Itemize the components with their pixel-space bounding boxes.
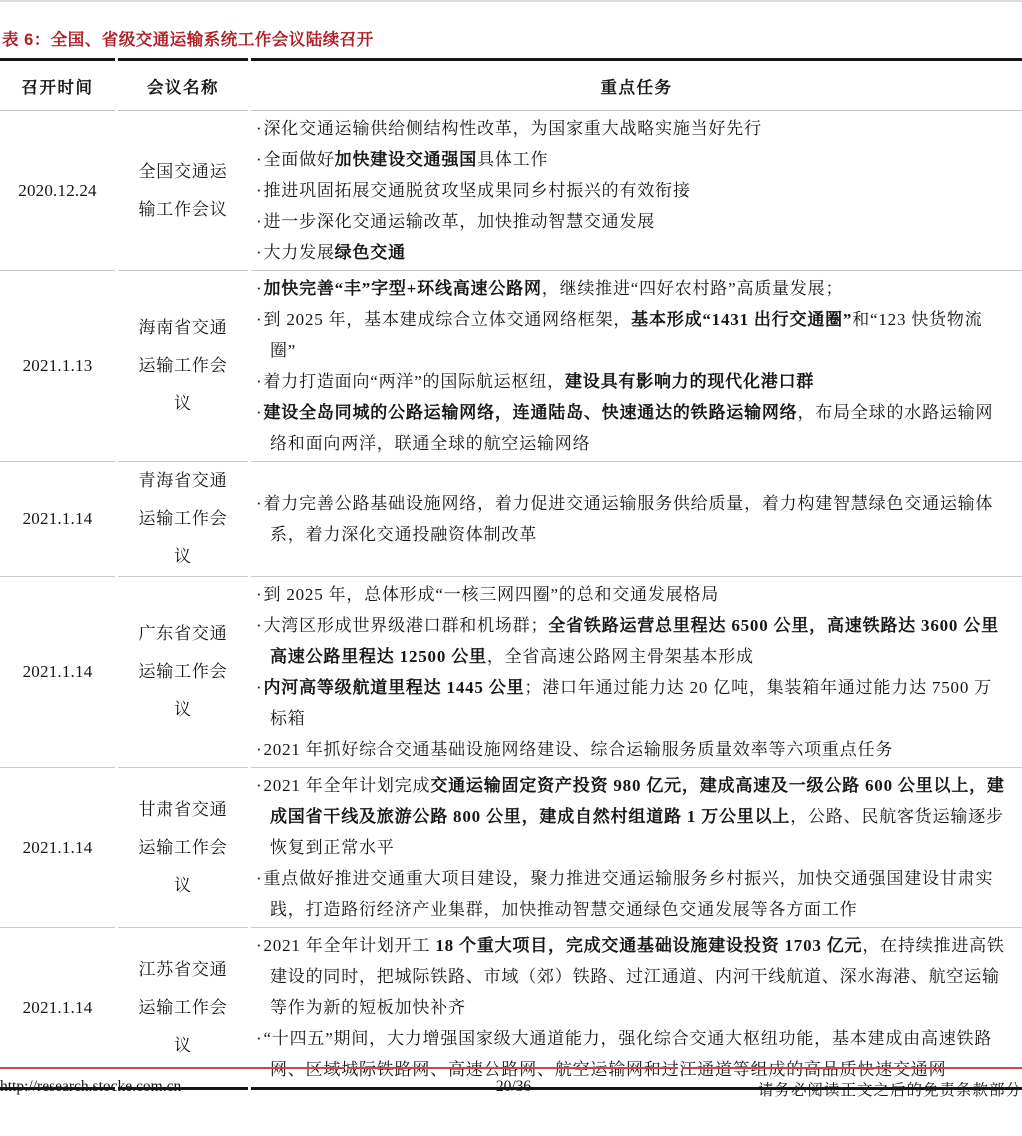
bullet-dot: ·: [256, 119, 262, 138]
table-row: 2020.12.24 全国交通运输工作会议 ·深化交通运输供给侧结构性改革，为国…: [0, 111, 1022, 271]
bullet-dot: ·: [256, 740, 262, 759]
task-item: ·内河高等级航道里程达 1445 公里；港口年通过能力达 20 亿吨，集装箱年通…: [256, 672, 1008, 734]
bullet-dot: ·: [256, 776, 262, 795]
conference-name: 江苏省交通运输工作会议: [138, 951, 228, 1065]
column-header-date: 召开时间: [0, 58, 115, 111]
task-text: ，继续推进“四好农村路”高质量发展；: [542, 279, 844, 298]
bullet-dot: ·: [256, 616, 262, 635]
bullet-dot: ·: [256, 212, 262, 231]
conference-cell: 甘肃省交通运输工作会议: [118, 768, 248, 928]
task-text-bold: 建设全岛同城的公路运输网络，连通陆岛、快速通达的铁路运输网络: [263, 403, 797, 422]
conference-cell: 广东省交通运输工作会议: [118, 577, 248, 768]
bullet-dot: ·: [256, 869, 262, 888]
meeting-date: 2021.1.14: [23, 509, 93, 529]
meeting-date: 2020.12.24: [18, 181, 97, 201]
conference-cell: 青海省交通运输工作会议: [118, 462, 248, 577]
task-item: ·着力完善公路基础设施网络，着力促进交通运输服务供给质量，着力构建智慧绿色交通运…: [256, 488, 1008, 550]
bullet-dot: ·: [256, 403, 262, 422]
date-cell: 2021.1.14: [0, 577, 115, 768]
task-text: 2021 年抓好综合交通基础设施网络建设、综合运输服务质量效率等六项重点任务: [263, 740, 893, 759]
task-item: ·到 2025 年，基本建成综合立体交通网络框架，基本形成“1431 出行交通圈…: [256, 304, 1008, 366]
task-text-bold: 内河高等级航道里程达 1445 公里: [263, 678, 524, 697]
tasks-cell: ·深化交通运输供给侧结构性改革，为国家重大战略实施当好先行·全面做好加快建设交通…: [251, 111, 1022, 271]
bullet-dot: ·: [256, 181, 262, 200]
conference-cell: 全国交通运输工作会议: [118, 111, 248, 271]
date-cell: 2021.1.13: [0, 271, 115, 462]
task-text: 深化交通运输供给侧结构性改革，为国家重大战略实施当好先行: [263, 119, 761, 138]
task-text: 2021 年全年计划完成: [263, 776, 430, 795]
task-text: ，全省高速公路网主骨架基本形成: [487, 647, 754, 666]
task-text-bold: 18 个重大项目，完成交通基础设施建设投资 1703 亿元: [435, 936, 862, 955]
task-item: ·到 2025 年，总体形成“一核三网四圈”的总和交通发展格局: [256, 579, 1008, 610]
bullet-dot: ·: [256, 936, 262, 955]
bullet-dot: ·: [256, 1029, 262, 1048]
column-header-conference: 会议名称: [118, 58, 248, 111]
task-item: ·着力打造面向“两洋”的国际航运枢纽，建设具有影响力的现代化港口群: [256, 366, 1008, 397]
meeting-date: 2021.1.14: [23, 998, 93, 1018]
bullet-dot: ·: [256, 150, 262, 169]
meeting-date: 2021.1.14: [23, 838, 93, 858]
conference-name: 海南省交通运输工作会议: [138, 309, 228, 423]
bullet-dot: ·: [256, 279, 262, 298]
date-cell: 2021.1.14: [0, 462, 115, 577]
tasks-cell: ·着力完善公路基础设施网络，着力促进交通运输服务供给质量，着力构建智慧绿色交通运…: [251, 462, 1022, 577]
tasks-cell: ·加快完善“丰”字型+环线高速公路网，继续推进“四好农村路”高质量发展；·到 2…: [251, 271, 1022, 462]
task-item: ·进一步深化交通运输改革，加快推动智慧交通发展: [256, 206, 1008, 237]
tasks-cell: ·到 2025 年，总体形成“一核三网四圈”的总和交通发展格局·大湾区形成世界级…: [251, 577, 1022, 768]
bullet-dot: ·: [256, 372, 262, 391]
task-text-bold: 建设具有影响力的现代化港口群: [565, 372, 814, 391]
conference-cell: 江苏省交通运输工作会议: [118, 928, 248, 1090]
page-footer: http://research.stocke.com.cn 20/36 请务必阅…: [0, 1067, 1022, 1100]
task-item: ·2021 年抓好综合交通基础设施网络建设、综合运输服务质量效率等六项重点任务: [256, 734, 1008, 765]
conference-name: 全国交通运输工作会议: [138, 153, 228, 229]
table-row: 2021.1.14 青海省交通运输工作会议 ·着力完善公路基础设施网络，着力促进…: [0, 462, 1022, 577]
date-cell: 2021.1.14: [0, 928, 115, 1090]
tasks-cell: ·2021 年全年计划开工 18 个重大项目，完成交通基础设施建设投资 1703…: [251, 928, 1022, 1090]
footer-url[interactable]: http://research.stocke.com.cn: [0, 1078, 181, 1095]
task-text: 2021 年全年计划开工: [263, 936, 435, 955]
bullet-dot: ·: [256, 585, 262, 604]
conference-name: 广东省交通运输工作会议: [138, 615, 228, 729]
task-text-bold: 加快完善“丰”字型+环线高速公路网: [263, 279, 541, 298]
task-item: ·推进巩固拓展交通脱贫攻坚成果同乡村振兴的有效衔接: [256, 175, 1008, 206]
bullet-dot: ·: [256, 494, 262, 513]
task-text: 重点做好推进交通重大项目建设，聚力推进交通运输服务乡村振兴，加快交通强国建设甘肃…: [263, 869, 993, 919]
bullet-dot: ·: [256, 678, 262, 697]
date-cell: 2021.1.14: [0, 768, 115, 928]
task-text: 到 2025 年，基本建成综合立体交通网络框架，: [263, 310, 631, 329]
task-item: ·大力发展绿色交通: [256, 237, 1008, 268]
task-item: ·2021 年全年计划完成交通运输固定资产投资 980 亿元，建成高速及一级公路…: [256, 770, 1008, 863]
task-text: 进一步深化交通运输改革，加快推动智慧交通发展: [263, 212, 655, 231]
task-text-bold: 绿色交通: [335, 243, 406, 262]
report-page: 表 6：全国、省级交通运输系统工作会议陆续召开 召开时间 会议名称 重点任务 2…: [0, 0, 1022, 1136]
task-text: 大力发展: [263, 243, 334, 262]
meeting-date: 2021.1.13: [23, 356, 93, 376]
task-text-bold: 加快建设交通强国: [335, 150, 477, 169]
conference-name: 青海省交通运输工作会议: [138, 462, 228, 576]
task-item: ·建设全岛同城的公路运输网络，连通陆岛、快速通达的铁路运输网络，布局全球的水路运…: [256, 397, 1008, 459]
table-row: 2021.1.14 广东省交通运输工作会议 ·到 2025 年，总体形成“一核三…: [0, 577, 1022, 768]
conference-name: 甘肃省交通运输工作会议: [138, 791, 228, 905]
table-body: 2020.12.24 全国交通运输工作会议 ·深化交通运输供给侧结构性改革，为国…: [0, 111, 1022, 1090]
meeting-date: 2021.1.14: [23, 662, 93, 682]
task-item: ·加快完善“丰”字型+环线高速公路网，继续推进“四好农村路”高质量发展；: [256, 273, 1008, 304]
task-text: 着力完善公路基础设施网络，着力促进交通运输服务供给质量，着力构建智慧绿色交通运输…: [263, 494, 993, 544]
task-item: ·重点做好推进交通重大项目建设，聚力推进交通运输服务乡村振兴，加快交通强国建设甘…: [256, 863, 1008, 925]
task-item: ·全面做好加快建设交通强国具体工作: [256, 144, 1008, 175]
table-row: 2021.1.14 江苏省交通运输工作会议 ·2021 年全年计划开工 18 个…: [0, 928, 1022, 1090]
table-header-row: 召开时间 会议名称 重点任务: [0, 58, 1022, 111]
task-text: 大湾区形成世界级港口群和机场群；: [263, 616, 548, 635]
date-cell: 2020.12.24: [0, 111, 115, 271]
task-text: 到 2025 年，总体形成“一核三网四圈”的总和交通发展格局: [263, 585, 719, 604]
footer-disclaimer: 请务必阅读正文之后的免责条款部分: [682, 1067, 1022, 1100]
table-title: 表 6：全国、省级交通运输系统工作会议陆续召开: [0, 2, 1022, 58]
task-item: ·2021 年全年计划开工 18 个重大项目，完成交通基础设施建设投资 1703…: [256, 930, 1008, 1023]
bullet-dot: ·: [256, 310, 262, 329]
task-text: 着力打造面向“两洋”的国际航运枢纽，: [263, 372, 565, 391]
table-row: 2021.1.14 甘肃省交通运输工作会议 ·2021 年全年计划完成交通运输固…: [0, 768, 1022, 928]
conference-cell: 海南省交通运输工作会议: [118, 271, 248, 462]
footer-url-segment: http://research.stocke.com.cn: [0, 1067, 345, 1100]
column-header-tasks: 重点任务: [251, 58, 1022, 111]
table-row: 2021.1.13 海南省交通运输工作会议 ·加快完善“丰”字型+环线高速公路网…: [0, 271, 1022, 462]
task-text: 推进巩固拓展交通脱贫攻坚成果同乡村振兴的有效衔接: [263, 181, 690, 200]
task-item: ·深化交通运输供给侧结构性改革，为国家重大战略实施当好先行: [256, 113, 1008, 144]
page-number: 20/36: [349, 1067, 678, 1100]
task-text: 具体工作: [477, 150, 548, 169]
tasks-cell: ·2021 年全年计划完成交通运输固定资产投资 980 亿元，建成高速及一级公路…: [251, 768, 1022, 928]
task-text-bold: 基本形成“1431 出行交通圈”: [631, 310, 852, 329]
task-text: 全面做好: [263, 150, 334, 169]
bullet-dot: ·: [256, 243, 262, 262]
task-item: ·大湾区形成世界级港口群和机场群；全省铁路运营总里程达 6500 公里，高速铁路…: [256, 610, 1008, 672]
